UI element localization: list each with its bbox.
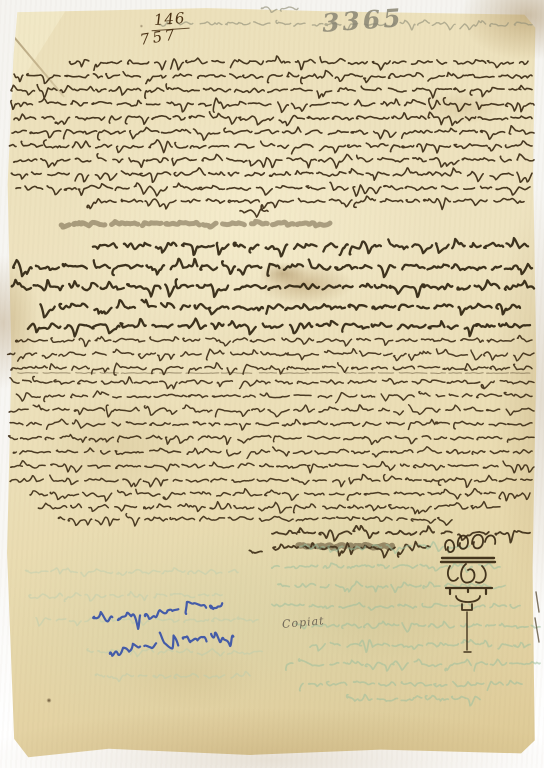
pen-stroke-right-edge: [535, 592, 539, 642]
manuscript-page: [0, 0, 544, 768]
penciled-archive-number: 3365: [321, 5, 404, 36]
scanned-manuscript-photo: 146 757 3365 Copiat: [0, 0, 544, 768]
